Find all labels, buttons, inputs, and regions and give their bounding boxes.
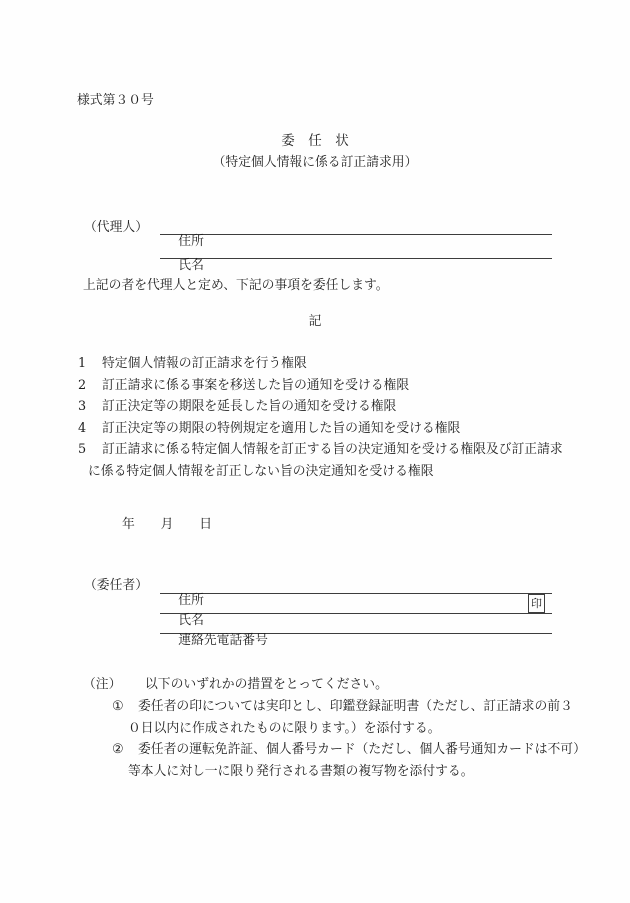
list-item-number: 3 — [78, 399, 86, 414]
agent-section-label: （代理人） — [84, 220, 148, 235]
seal-box: 印 — [528, 594, 545, 613]
agent-address-field[interactable]: 住所 — [160, 218, 552, 235]
list-item-text: 訂正決定等の期限を延長した旨の通知を受ける権限 — [102, 399, 396, 414]
list-item-number: 1 — [78, 356, 86, 371]
document-page: 様式第３０号 委 任 状 （特定個人情報に係る訂正請求用） （代理人） 住所 氏… — [0, 0, 630, 903]
list-item-number: 4 — [78, 421, 86, 436]
note-intro: 以下のいずれかの措置をとってください。 — [145, 677, 388, 692]
note-item-text-continuation: ０日以内に作成されたものに限ります。）を添付する。 — [128, 721, 441, 736]
principal-name-field[interactable]: 氏名 — [160, 597, 552, 614]
agent-name-field[interactable]: 氏名 — [160, 242, 552, 259]
date-line: 年 月 日 — [122, 517, 218, 532]
principal-address-field[interactable]: 住所 — [160, 577, 552, 594]
document-title: 委 任 状 — [0, 133, 630, 149]
list-item-number: 2 — [78, 378, 86, 393]
list-item-text: 特定個人情報の訂正請求を行う権限 — [102, 356, 307, 371]
note-item-number: ② — [112, 742, 123, 757]
ki-heading: 記 — [0, 314, 630, 329]
declaration-text: 上記の者を代理人と定め、下記の事項を委任します。 — [83, 278, 389, 293]
note-section-label: （注） — [83, 677, 121, 692]
list-item-text: 訂正決定等の期限の特例規定を適用した旨の通知を受ける権限 — [102, 421, 460, 436]
principal-phone-label: 連絡先電話番号 — [176, 633, 268, 648]
list-item-text-continuation: に係る特定個人情報を訂正しない旨の決定通知を受ける権限 — [88, 464, 434, 479]
document-subtitle: （特定個人情報に係る訂正請求用） — [0, 155, 630, 170]
note-item-text: 委任者の運転免許証、個人番号カード（ただし、個人番号通知カードは不可） — [138, 742, 586, 757]
list-item-text: 訂正請求に係る事案を移送した旨の通知を受ける権限 — [102, 378, 409, 393]
note-item-text: 委任者の印については実印とし、印鑑登録証明書（ただし、訂正請求の前３ — [138, 699, 573, 714]
note-item-text-continuation: 等本人に対し一に限り発行される書類の複写物を添付する。 — [128, 764, 474, 779]
principal-phone-field[interactable]: 連絡先電話番号 — [160, 617, 552, 634]
form-number: 様式第３０号 — [77, 93, 154, 108]
note-item-number: ① — [112, 699, 123, 714]
principal-section-label: （委任者） — [84, 578, 148, 593]
list-item-text: 訂正請求に係る特定個人情報を訂正する旨の決定通知を受ける権限及び訂正請求 — [102, 442, 563, 457]
list-item-number: 5 — [78, 442, 86, 457]
agent-name-label: 氏名 — [176, 258, 204, 273]
